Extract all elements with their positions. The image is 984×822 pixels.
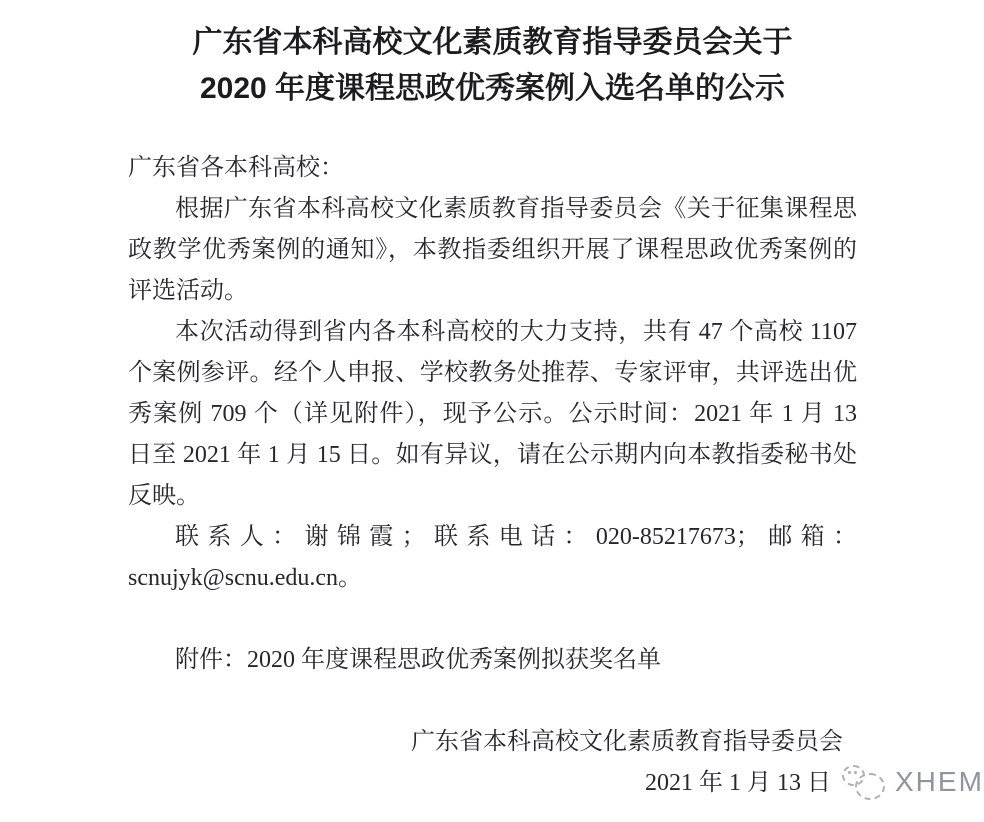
body-line: 秀案例 709 个（详见附件），现予公示。公示时间：2021 年 1 月 13 — [128, 394, 857, 435]
email-line: scnujyk@scnu.edu.cn。 — [128, 558, 857, 599]
body-line: 政教学优秀案例的通知》，本教指委组织开展了课程思政优秀案例的 — [128, 230, 857, 271]
title-line-1: 广东省本科高校文化素质教育指导委员会关于 — [128, 20, 857, 66]
attachment-line: 附件：2020 年度课程思政优秀案例拟获奖名单 — [128, 640, 857, 681]
contact-line: 联系人：谢锦霞；联系电话：020-85217673；邮箱： — [128, 517, 857, 558]
body-line: 日至 2021 年 1 月 15 日。如有异议，请在公示期内向本教指委秘书处 — [128, 435, 857, 476]
body-line: 反映。 — [128, 476, 857, 517]
signature-line: 广东省本科高校文化素质教育指导委员会 — [128, 722, 857, 763]
body-line: 个案例参评。经个人申报、学校教务处推荐、专家评审，共评选出优 — [128, 353, 857, 394]
watermark: XHEM — [841, 760, 984, 804]
body-line: 评选活动。 — [128, 271, 857, 312]
chat-bubbles-icon — [841, 760, 887, 804]
blank-line — [128, 599, 857, 640]
document-page: 广东省本科高校文化素质教育指导委员会关于 2020 年度课程思政优秀案例入选名单… — [0, 0, 984, 822]
blank-line — [128, 681, 857, 722]
body-line: 本次活动得到省内各本科高校的大力支持，共有 47 个高校 1107 — [128, 312, 857, 353]
document-body: 广东省各本科高校： 根据广东省本科高校文化素质教育指导委员会《关于征集课程思 政… — [128, 148, 857, 804]
document-title: 广东省本科高校文化素质教育指导委员会关于 2020 年度课程思政优秀案例入选名单… — [128, 20, 857, 112]
body-line: 根据广东省本科高校文化素质教育指导委员会《关于征集课程思 — [128, 189, 857, 230]
title-line-2: 2020 年度课程思政优秀案例入选名单的公示 — [128, 66, 857, 112]
watermark-label: XHEM — [895, 766, 984, 798]
salutation-line: 广东省各本科高校： — [128, 148, 857, 189]
date-line: 2021 年 1 月 13 日 — [128, 763, 857, 804]
